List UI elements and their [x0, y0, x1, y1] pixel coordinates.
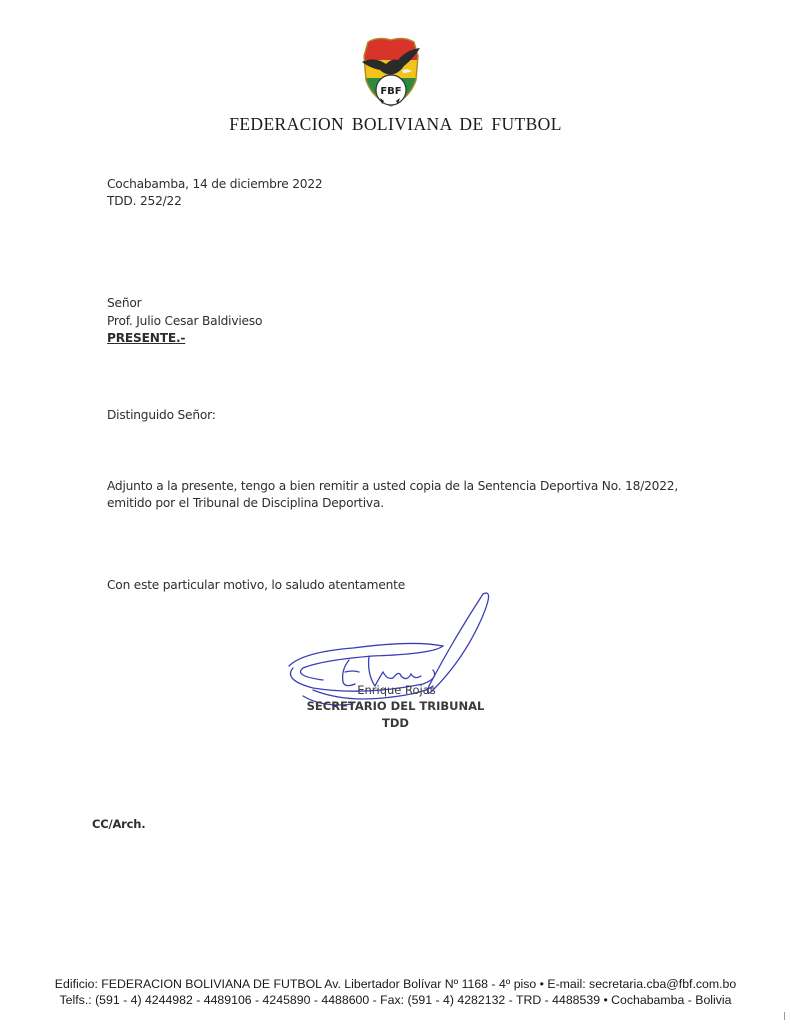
signer-title: SECRETARIO DEL TRIBUNAL	[0, 699, 791, 713]
signer-name: Enrique Rojas	[0, 683, 791, 697]
footer-address: Edificio: FEDERACION BOLIVIANA DE FUTBOL…	[0, 977, 791, 991]
greeting: Distinguido Señor:	[107, 408, 216, 422]
carbon-copy-note: CC/Arch.	[92, 817, 145, 831]
svg-text:FBF: FBF	[380, 86, 401, 97]
body-paragraph-line: Adjunto a la presente, tengo a bien remi…	[107, 479, 678, 493]
scan-artifact-mark	[784, 1012, 785, 1020]
fbf-crest-icon: FBF	[358, 36, 424, 108]
organization-title: FEDERACION BOLIVIANA DE FUTBOL	[0, 114, 791, 135]
reference-number: TDD. 252/22	[107, 194, 182, 208]
recipient-name: Prof. Julio Cesar Baldivieso	[107, 314, 262, 328]
body-paragraph-line: emitido por el Tribunal de Disciplina De…	[107, 496, 384, 510]
footer-phones: Telfs.: (591 - 4) 4244982 - 4489106 - 42…	[0, 993, 791, 1007]
recipient-title: Señor	[107, 296, 141, 310]
signer-unit: TDD	[0, 716, 791, 730]
place-date: Cochabamba, 14 de diciembre 2022	[107, 177, 322, 191]
recipient-presente: PRESENTE.-	[107, 331, 185, 345]
